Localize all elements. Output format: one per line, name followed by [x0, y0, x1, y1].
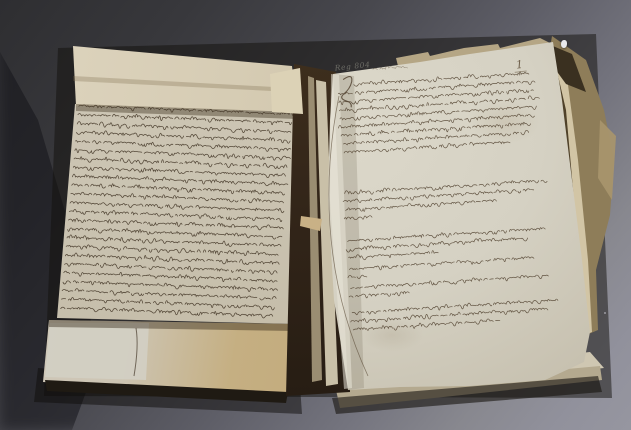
paper-speck	[561, 40, 567, 48]
stray-ink-arc	[329, 96, 368, 376]
ink-overlays	[0, 0, 631, 430]
flap-ink-stroke	[134, 328, 137, 376]
manuscript-photo: Reg 804 1	[0, 0, 631, 430]
dust-speck	[604, 312, 606, 314]
